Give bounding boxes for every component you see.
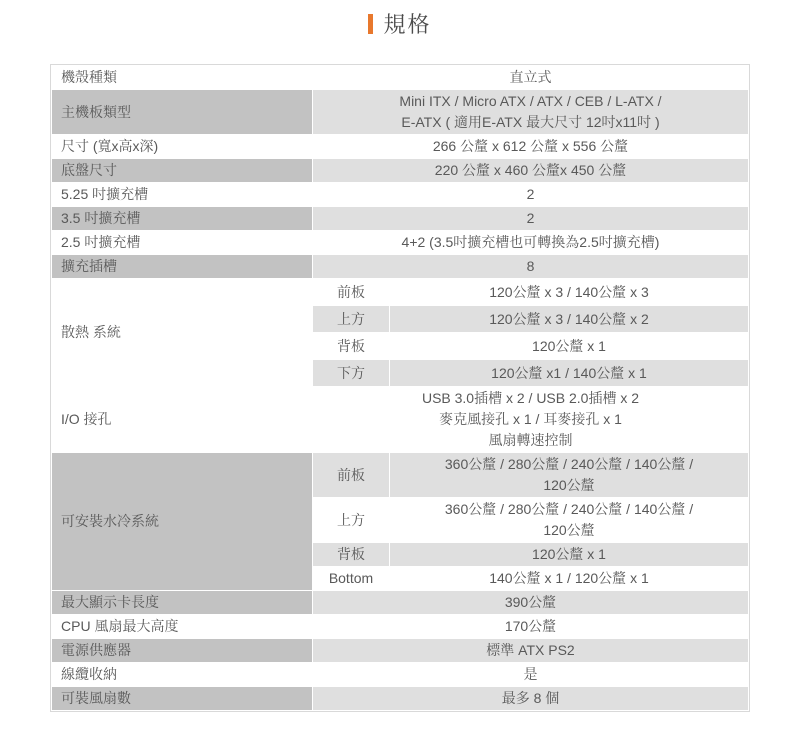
spec-sublabel: 上方 <box>313 306 389 332</box>
spec-value: 120公釐 x 3 / 140公釐 x 3 <box>390 279 748 305</box>
spec-label: 最大顯示卡長度 <box>52 591 312 614</box>
spec-value: 120公釐 x1 / 140公釐 x 1 <box>390 360 748 386</box>
spec-value: 2 <box>313 207 748 230</box>
spec-row: 機殼種類 直立式 <box>52 66 748 89</box>
spec-label: I/O 接孔 <box>52 387 312 452</box>
spec-value: Mini ITX / Micro ATX / ATX / CEB / L-ATX… <box>313 90 748 134</box>
spec-value: 360公釐 / 280公釐 / 240公釐 / 140公釐 / 120公釐 <box>390 453 748 497</box>
spec-row: 底盤尺寸 220 公釐 x 460 公釐x 450 公釐 <box>52 159 748 182</box>
spec-label: 可安裝水冷系統 <box>52 453 312 590</box>
section-header: 規格 <box>0 0 800 42</box>
spec-label: 尺寸 (寬x高x深) <box>52 135 312 158</box>
spec-sublabel: 上方 <box>313 498 389 542</box>
spec-label: 2.5 吋擴充槽 <box>52 231 312 254</box>
spec-row: 3.5 吋擴充槽 2 <box>52 207 748 230</box>
spec-value: 直立式 <box>313 66 748 89</box>
spec-value: 220 公釐 x 460 公釐x 450 公釐 <box>313 159 748 182</box>
spec-value: 是 <box>313 663 748 686</box>
spec-value: 4+2 (3.5吋擴充槽也可轉換為2.5吋擴充槽) <box>313 231 748 254</box>
spec-value: 140公釐 x 1 / 120公釐 x 1 <box>390 567 748 590</box>
spec-row: I/O 接孔 USB 3.0插槽 x 2 / USB 2.0插槽 x 2 麥克風… <box>52 387 748 452</box>
spec-value: 標準 ATX PS2 <box>313 639 748 662</box>
spec-value: USB 3.0插槽 x 2 / USB 2.0插槽 x 2 麥克風接孔 x 1 … <box>313 387 748 452</box>
spec-label: 機殼種類 <box>52 66 312 89</box>
spec-row: 擴充插槽 8 <box>52 255 748 278</box>
spec-value: 360公釐 / 280公釐 / 240公釐 / 140公釐 / 120公釐 <box>390 498 748 542</box>
spec-sublabel: 下方 <box>313 360 389 386</box>
spec-row: 尺寸 (寬x高x深) 266 公釐 x 612 公釐 x 556 公釐 <box>52 135 748 158</box>
spec-value: 120公釐 x 3 / 140公釐 x 2 <box>390 306 748 332</box>
spec-row: 可安裝水冷系統 前板 360公釐 / 280公釐 / 240公釐 / 140公釐… <box>52 453 748 497</box>
spec-sublabel: 前板 <box>313 279 389 305</box>
spec-row: 散熱 系統 前板 120公釐 x 3 / 140公釐 x 3 <box>52 279 748 305</box>
spec-value: 2 <box>313 183 748 206</box>
spec-value: 120公釐 x 1 <box>390 543 748 566</box>
page-title: 規格 <box>383 12 431 37</box>
spec-value: 390公釐 <box>313 591 748 614</box>
spec-label: 可裝風扇數 <box>52 687 312 710</box>
spec-value: 最多 8 個 <box>313 687 748 710</box>
spec-label: 主機板類型 <box>52 90 312 134</box>
spec-sublabel: Bottom <box>313 567 389 590</box>
spec-row: 電源供應器 標準 ATX PS2 <box>52 639 748 662</box>
spec-label: 5.25 吋擴充槽 <box>52 183 312 206</box>
spec-label: 電源供應器 <box>52 639 312 662</box>
spec-row: 2.5 吋擴充槽 4+2 (3.5吋擴充槽也可轉換為2.5吋擴充槽) <box>52 231 748 254</box>
spec-label: 底盤尺寸 <box>52 159 312 182</box>
spec-sublabel: 背板 <box>313 333 389 359</box>
spec-value: 266 公釐 x 612 公釐 x 556 公釐 <box>313 135 748 158</box>
spec-row: 最大顯示卡長度 390公釐 <box>52 591 748 614</box>
spec-value: 170公釐 <box>313 615 748 638</box>
spec-row: 可裝風扇數 最多 8 個 <box>52 687 748 710</box>
spec-label: 散熱 系統 <box>52 279 312 386</box>
spec-label: 擴充插槽 <box>52 255 312 278</box>
spec-row: 主機板類型 Mini ITX / Micro ATX / ATX / CEB /… <box>52 90 748 134</box>
spec-value: 120公釐 x 1 <box>390 333 748 359</box>
spec-label: 線纜收納 <box>52 663 312 686</box>
spec-row: 5.25 吋擴充槽 2 <box>52 183 748 206</box>
spec-sublabel: 背板 <box>313 543 389 566</box>
spec-table: 機殼種類 直立式 主機板類型 Mini ITX / Micro ATX / AT… <box>50 64 750 712</box>
spec-row: 線纜收納 是 <box>52 663 748 686</box>
spec-sublabel: 前板 <box>313 453 389 497</box>
accent-bar-icon <box>368 14 373 34</box>
spec-label: CPU 風扇最大高度 <box>52 615 312 638</box>
spec-value: 8 <box>313 255 748 278</box>
spec-row: CPU 風扇最大高度 170公釐 <box>52 615 748 638</box>
spec-label: 3.5 吋擴充槽 <box>52 207 312 230</box>
